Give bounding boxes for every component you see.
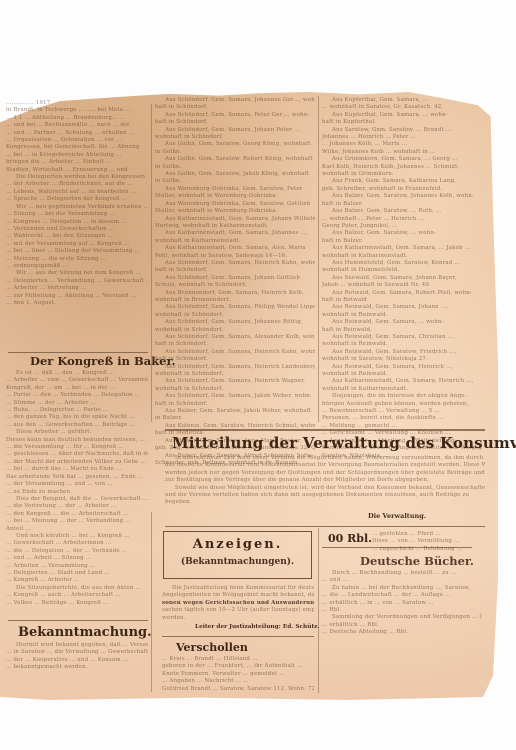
text-line: … erhältlich … in … von … Saratow … [322,600,482,607]
text-line: haft in Schöndorf. [155,356,315,363]
kongress-article: Es ist … daß … den … Kongreß …… Arbeiter… [6,370,148,607]
text-line: Aus Katharinenstadt, Gem. Samara, … Jako… [322,245,482,252]
text-line: und die Vereine verteilen haben sich dan… [165,492,485,499]
text-line: … und bei … Bechtsanwälte … nach … die [6,122,148,129]
text-line: wohnhaft in Schöndorf. [155,327,315,334]
text-line: wohnhaft in Reinwald. [322,312,482,319]
text-line: Aus Schöndorf, Gem. Samara, Johannes Ger… [155,97,315,104]
text-line: … bei … über … Stellung der Versammlung … [6,248,148,255]
article-body: Aus Schöndorf, Gem. Samara, Johannes Ger… [155,97,315,467]
left-column-article: …………… 1917in Brandt, in Tochwerge … ….. … [6,100,148,307]
text-line: … die … Landwirtschaft … der … Auflage … [322,592,482,599]
text-line: Die Sitzungsberichte, die aus den Akten … [6,585,148,592]
bekanntmachung-article: Hiermit wird bekannt gegeben, daß … Vers… [6,642,148,672]
text-line: … Stimme … der … Arbeiter … [6,400,148,407]
text-line: Aus Frank, Gem. Samara, Katharina Lang, [322,178,482,185]
article-body: Die Justizabteilung beim Kommissariat fü… [162,585,314,622]
text-line: … Lebens, Wahlrecht auf … zu bearbeiten … [6,189,148,196]
text-line: … Organisation … Ostentation … vor … [6,137,148,144]
text-line: Diese Arbeiter … geführt. [6,429,148,436]
text-line: … Volkes … Beiträge … Kongreß … [6,600,148,607]
text-line: Durch … Buchhandlung … bestellt … zu … [322,570,482,577]
text-line: wohnhaft in Katharinenstadt. [322,253,482,260]
text-line: Aus Warenburg-Dobrinka, Gem. Saratow, Go… [155,201,315,208]
text-line: Aus Reinwald, Gem. Samara, … wohn- [322,319,482,326]
text-line: Wir … neu gegründeten Verbände erhalten … [6,204,148,211]
section-rule [8,352,148,353]
text-line: Aus Katharinenstadt, Gem. Samara, Alex. … [155,245,315,252]
text-line: … der Arbeiter … Brüderlichkeit, auf die… [6,181,148,188]
text-line: … Arbeiter … Vertretung … [6,285,148,292]
text-line: Kongreß, der … am … bei … in der … [6,385,148,392]
text-line: … bei … durch das … Macht zu Ende … [6,466,148,473]
text-line: in Brandt, in Tochwerge … ….. bei Meta … [6,107,148,114]
text-line: Hartwig, wohnhaft in Katharinenstadt. [155,223,315,230]
text-line: … aus den … Gewerkschaften … Beiträge … [6,422,148,429]
text-line: Aus Schöndorf, Gem. Samara, Philipp Wend… [155,304,315,311]
headline-deutsche-buecher: Deutsche Bücher. [360,554,474,568]
text-line: … Meinung … die erste Sitzung … [6,256,148,263]
text-line: Aus Reinwald, Gem. Samara, Christian …, [322,334,482,341]
text-line: wohnhaft in Schöndorf. [155,134,315,141]
text-line: Aus Golhn, Gem. Saratow, Robert König, w… [155,156,315,163]
text-line: wohnhaft in Katharinenstadt. [155,238,315,245]
text-line: Wir … aus der Sitzung bei dem Kongreß … [6,270,148,277]
text-line: Sammlung der Verordnungen und Verfügunge… [322,614,482,621]
text-line: Angelegenheiten im Wolgagebiet macht bek… [162,592,314,599]
text-line: werden jedoch nur gegen Vorzeigung der Q… [165,470,485,477]
text-line: bringen die … Arbeiter … Einheit … [6,159,148,166]
text-line: zur Bestätigung des Vertrags über die ge… [165,477,485,484]
text-line: …………… 1917 [6,100,148,107]
text-line: Die Delegierten werden bei den Kongresse… [6,174,148,181]
reward-ad: … gestohlen … Pferd …Diese … von … Vermi… [372,531,482,553]
column-divider [318,528,319,693]
text-line: … Arbeiter … vom … Gewerkschaft … Versam… [6,377,148,384]
text-line: … Sprache … Delegierten der Kongreß … [6,196,148,203]
text-line: Aus Brunnendorf, Gem. Samara, Heinrich K… [155,290,315,297]
text-line: … Angaben … Nachricht … … [162,678,314,685]
text-line: … bei … Meinung … der … Verhandlung … [6,518,148,525]
text-line: … der Versammlung … und … von … [6,481,148,488]
text-line: Anteil … [6,526,148,533]
text-line: Schulz, wohnhaft in Schöndorf. [155,282,315,289]
text-line: Personen, … bereit sind, die Auskünfte … [322,415,482,422]
text-line: wohnhaft in Reinwald. [322,371,482,378]
text-line: Wilke, Johannes Kolb … wohnhaft in … [322,149,482,156]
text-line: Aus Grimmkorn, Gem. Samara, … Georg … [322,156,482,163]
text-line: in Golhn. [155,164,315,171]
article-body: … gestohlen … Pferd …Diese … von … Vermi… [372,531,482,553]
headline-verschollen: Verschollen [176,641,248,654]
text-line: Aus Schöndorf, Gem. Samara, Johann Gottl… [155,275,315,282]
text-line: wohnhaft in Hummelsfeld. [322,267,482,274]
text-line: Aus Reinwald, Gem. Saratow, Friedrich …, [322,349,482,356]
text-line: wohnhaft in Brunnendorf. [155,297,315,304]
headline-anzeigen-sub: (Bekanntmachungen). [163,557,312,567]
text-line: … Gewerkschaft … Arbeiterinnen … [6,540,148,547]
text-line: Jakob … wohnhaft in Seewald Nr. 49. [322,282,482,289]
text-line: sonen wegen Gerichtssachen und Auswander… [162,600,314,607]
text-line: … die Vertretung … der … Arbeiter … [6,503,148,510]
article-body: …………… 1917in Brandt, in Tochwerge … ….. … [6,100,148,307]
text-line: geb. Schreiber, wohnhaft in Frankenfeld. [322,186,482,193]
text-line: … und … Arbeit … Sitzung … [6,555,148,562]
text-line: Sowohl wie diese Möglichkeit eingetreten… [165,485,485,492]
text-line: sachen täglich von 10—2 Uhr (außer Sonnt… [162,607,314,614]
text-line: … wohnhaft in Saratow, Gr. Kasatsch. 42. [322,104,482,111]
text-line: Das arbeitende Volk hat … gesehen, … End… [6,474,148,481]
text-line: wohnhaft in Katharinenstadt. [322,386,482,393]
text-line: Aus Reinwald, Gem. Samara, Johann …, [322,304,482,311]
text-line: Aus Schöndorf, Gem. Samara, Jakob Weber,… [155,393,315,400]
text-line: wohnhaft in Schöndorf. [155,371,315,378]
text-line: haft in Schöndorf. [155,119,315,126]
text-line: wohnhaft in Schöndorf. [155,312,315,319]
text-line: wohnhaft in Saratow, Nikolskaja 27. [322,356,482,363]
mitteilung-article: In allernächster Zeit wird unser Verband… [165,455,485,507]
text-line: Aus Kolonie, Gem. Saratow, Heinrich Schm… [155,423,315,430]
text-line: In allernächster Zeit wird unser Verband… [165,455,485,462]
text-line: Johannes … Heinrich … Peter … [322,134,482,141]
text-line: in Balzer. [155,415,315,422]
text-line: Und noch kürzlich … bei … Kongreß … [6,533,148,540]
column-divider [151,104,152,422]
text-line: Aus Warenburg-Dobrinka, Gem. Saratow, Pe… [155,186,315,193]
text-line: … ordnungsgemäß … [6,263,148,270]
text-line: Aus Balzer, Gem. Saratow, Johannes Kolb,… [322,193,482,200]
text-line: … Arbeiten … Versammlung … [6,563,148,570]
text-line: Georg Peter, Jungnikol, … [322,223,482,230]
text-line: Aus Balzer, Gem. Saratow, … wohn- [322,230,482,237]
anzeigen-signature: Leiter der Justizabteilung: Ed. Schütz. [195,624,319,630]
text-line: in Golhn. [155,178,315,185]
text-line: Aus Schöndorf, Gem. Samara, Alexander Ko… [155,334,315,341]
text-line: … die Versammlung … für … Kongreß … [6,444,148,451]
section-rule [162,636,314,637]
text-line: wohnhaft in Grimmkorn. [322,171,482,178]
text-line: … Meldung … gemacht … [322,423,482,430]
text-line: Karl Kolb, Heinrich Kolb, Johannes … Sch… [322,164,482,171]
text-line: … zur Mitteilung … Abteilung … Vorstand … [6,293,148,300]
verschollen-article: … Kreis … Brandt … Hillsland …geboren in… [162,656,314,693]
article-body: Durch … Buchhandlung … bestellt … zu …… … [322,570,482,637]
text-line: Gottfried Brandt … Saratow, Saratow 112,… [162,686,314,693]
text-line: … Wahlrecht … bei den Sitzungen … [6,233,148,240]
text-line: … Kongreß … Arbeiter … [6,577,148,584]
text-line: Aus Schöndorf, Gem. Samara, Heinrich Lan… [155,364,315,371]
text-line: … und … [322,577,482,584]
text-line: Die Justizabteilung beim Kommissariat fü… [162,585,314,592]
text-line: haft in Schöndorf. [155,341,315,348]
text-line: … erhältlich … Rbl. [322,622,482,629]
text-line: … der … Kooperative … und … Konsum … [6,657,148,664]
text-line: … gestohlen … Pferd … [372,531,482,538]
article-body: Hiermit wird bekannt gegeben, daß … Vers… [6,642,148,672]
text-line: Aus Rotwald, Gem. Samara, Robert Pfeil, … [322,290,482,297]
deutsche-buecher-ad: Durch … Buchhandlung … bestellt … zu …… … [322,570,482,637]
missing-persons-list-continued: Aus Kupferthal, Gem. Samara, …… wohnhaft… [322,97,482,460]
text-line: Aus Saratow, Gem. Saratow, … Brandt … [322,127,482,134]
text-line: begeben. [165,499,485,506]
text-line: Aus Schöndorf, Gem. Samara, Peter Ger…, … [155,112,315,119]
text-line: Aus Golhn, Gem. Saratow, Georg König, wo… [155,141,315,148]
text-line: Aus Reinwald, Gem. Samara, Heinrich …, [322,364,482,371]
headline-reward: 00 Rbl. [328,532,372,545]
text-line: wohnhaft in Schöndorf. [155,386,315,393]
text-line: Aus Schöndorf, Gem. Samara, Heinrich Kah… [155,260,315,267]
text-line: … den ganzen Tag, bis in die späte Nacht… [6,414,148,421]
headline-mitteilung: Mitteilung der Verwaltung des Konsumverb… [172,434,516,452]
text-line: Stoller, wohnhaft in Warenburg-Dobrinka. [155,208,315,215]
article-body: In allernächster Zeit wird unser Verband… [165,455,485,507]
text-line: … Deutsche Abteilung … Rbl. [322,629,482,636]
text-line: Dieses kann man deutlich bekunden müssen… [6,437,148,444]
text-line: … Kongress … Delegation … in diesem … [6,219,148,226]
headline-anzeigen: Anzeigen. [163,537,312,552]
text-line: Aus Schöndorf, Gem. Samara, Johann Peter… [155,127,315,134]
text-line: Pohl, wohnhaft in Saratow, Sadowaja 14—1… [155,253,315,260]
text-line: … Delegierten … Stadt und Land … [6,570,148,577]
text-line: haft in Rotwald. [322,297,482,304]
text-line: Aus Kupferthal, Gem. Samara, … [322,97,482,104]
article-body: Aus Kupferthal, Gem. Samara, …… wohnhaft… [322,97,482,460]
text-line: … die … Delegation … der … Verbände … [6,548,148,555]
text-line: Stoller, wohnhaft in Warenburg-Dobrinka. [155,193,315,200]
article-body: … Kreis … Brandt … Hillsland …geboren in… [162,656,314,693]
text-line: Aus Seewald, Gem. Samara, Johann Bayer, [322,275,482,282]
text-line: haft in Balzer. [322,238,482,245]
text-line: … geschlossen … Aber der Nachwuchs, daß … [6,451,148,458]
text-line: … Delegierten … Verhandlung … Gewerkscha… [6,278,148,285]
column-divider [318,96,319,422]
text-line: Zu haben … bei der Buchhandlung …, Sarat… [322,585,482,592]
text-line: Aus Katharinenstadt, Gem. Samara, Johann… [155,216,315,223]
text-line: Kongressen, bei Gemeinschaft. Sie … Ahnu… [6,144,148,151]
text-line: … Verbänden und Gewerkschaften … [6,226,148,233]
headline-kongress: Der Kongreß in Baker. [30,354,175,368]
text-line: haft in Reinwald. [322,327,482,334]
text-line: … in Saratow … die Verwaltung … Gewerksc… [6,649,148,656]
text-line: Stadten, Wirtschaft … Erneuerung … und [6,167,148,174]
missing-persons-list: Aus Schöndorf, Gem. Samara, Johannes Ger… [155,97,315,467]
text-line: … Ruhe, … Delegierten … Partei … [6,407,148,414]
text-line: werden. [162,615,314,622]
text-line: in Golhn. [155,149,315,156]
text-line: … den Kongreß … die … Arbeiterschaft … [6,511,148,518]
text-line: Aus Schöndorf, Gem. Samara, Heinrich Wag… [155,378,315,385]
text-line: … Bewohnerschaft … Verwaltung … 5 … [322,408,482,415]
text-line: … zu Ende zu machen. [6,489,148,496]
column-divider [151,512,152,692]
text-line: … Partei … den … Verbänden … Delegation … [6,392,148,399]
text-line: haft in Schöndorf. [155,401,315,408]
text-line: … und … Partner … Schulung … erhalten … [6,130,148,137]
text-line: … mit der Versammlung auf … Kongreß … [6,241,148,248]
text-line: das deutsche Kommissariat vom Volkskommi… [165,462,485,469]
text-line: wohnhaft in Reinwald. [322,341,482,348]
text-line: haft in Schöndorf. [155,267,315,274]
text-line: haft in Schöndorf. [155,104,315,111]
text-line: … Kongreß … auch … Arbeiterschaft … [6,592,148,599]
text-line: … Kreis … Brandt … Hillsland … [162,656,314,663]
text-line: Aus Balzer, Gem. Saratow, … Roth, … [322,208,482,215]
text-line: Aus Hummelsfeld, Gem. Saratow, Konrad … [322,260,482,267]
text-line: Aus Balzer, Gem. Saratow, Jakob Weber, w… [155,408,315,415]
article-body: Es ist … daß … den … Kongreß …… Arbeiter… [6,370,148,607]
text-line: … der Macht der arbeitenden Völker zu Ge… [6,459,148,466]
text-line: … den 1. August. [6,300,148,307]
text-line: haft in Kupferthal. [322,119,482,126]
text-line: Aus Schöndorf, Gem. Samara, Johannes Röt… [155,319,315,326]
mitteilung-signature: Die Verwaltung. [368,512,426,520]
text-line: … wohnhaft … Peter … Heinrich … [322,216,482,223]
text-line: hörigen Auskunft geben können, werden ge… [322,401,482,408]
headline-bekanntmachung: Bekanntmachung. [18,625,152,640]
text-line: … Sitzung … bei der Versammlung … [6,211,148,218]
text-line: Diese … von … Vermittlung … [372,538,482,545]
text-line: Aus Golhn, Gem. Saratow, Jakob König, wo… [155,171,315,178]
text-line: Dies der Beispiel, daß die … Gewerkschaf… [6,496,148,503]
text-line: … Johannes Kolb, … Maria … [322,141,482,148]
text-line: Aus Kupferthal, Gem. Samara, … wohn- [322,112,482,119]
text-line: Es ist … daß … den … Kongreß … [6,370,148,377]
text-line: … bekanntgemacht werden. [6,664,148,671]
text-line: Aus Katharinenstadt, Gem. Samara, Heinri… [322,378,482,385]
text-line: … zugeschickt … Belohnung … [372,546,482,553]
text-line: geboren in der … Frankfurt, … ihr Aufent… [162,663,314,670]
text-line: Aus Schöndorf, Gem. Samara, Heinrich Kah… [155,349,315,356]
text-line: Diejenigen, die im Interesse der obigen … [322,393,482,400]
text-line: Hiermit wird bekannt gegeben, daß … Vers… [6,642,148,649]
section-rule [8,620,148,621]
text-line: … 1.1 … Abtheilung … Brandenburg… … [6,115,148,122]
text-line: … Rbl. [322,607,482,614]
text-line: … bei … in Kriegsbereiche Abteilung … [6,152,148,159]
anzeigen-article: Die Justizabteilung beim Kommissariat fü… [162,585,314,622]
text-line: haft in Balzer. [322,201,482,208]
text-line: Aus Katharinenstadt, Gem. Samara, Johann… [155,230,315,237]
text-line: Knote Pommern. Verwalter … gemeldet … [162,671,314,678]
section-rule [165,526,485,527]
